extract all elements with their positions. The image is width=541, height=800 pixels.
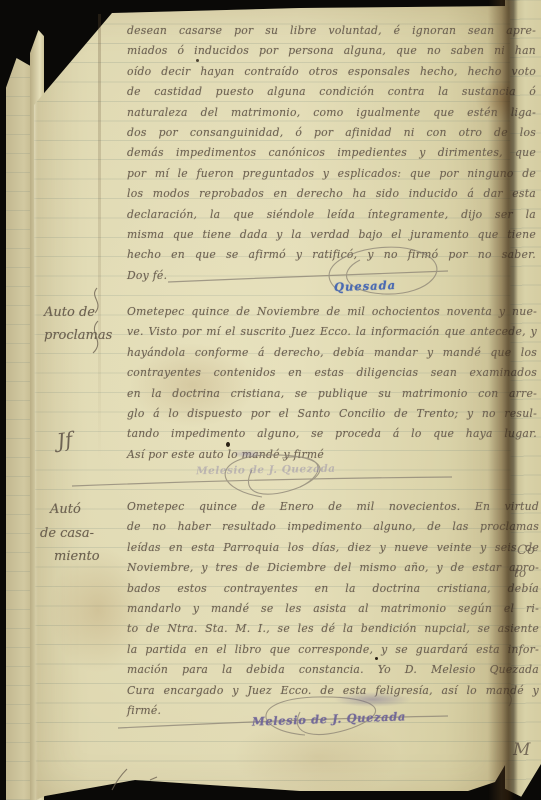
- margin-note-line: proclamas: [44, 324, 112, 347]
- ink-blot: [196, 59, 199, 62]
- manuscript-line: to de Ntra. Sta. M. I., se les dé la ben…: [127, 619, 539, 639]
- paragraph-casamiento: Ometepec quince de Enero de mil novecien…: [127, 497, 539, 721]
- margin-paraph-mark: Jf: [55, 427, 74, 453]
- margin-note-line: miento: [40, 545, 100, 569]
- manuscript-line: mandarlo y mandé se les asista al matrim…: [127, 599, 539, 619]
- manuscript-line: la partida en el libro que corresponde, …: [127, 640, 539, 660]
- manuscript-line: tando impedimento alguno, se proceda á l…: [127, 424, 537, 444]
- manuscript-line: los modos reprobados en derecho ha sido …: [127, 184, 536, 204]
- manuscript-line: oído decir hayan contraído otros esponsa…: [127, 62, 536, 82]
- ink-smudge: [230, 450, 264, 458]
- manuscript-line: hayándola conforme á derecho, debía mand…: [127, 343, 537, 363]
- margin-note-casamiento: Autó de casa- miento: [40, 498, 100, 569]
- manuscript-line: de castidad puesto alguna condición cont…: [127, 82, 536, 102]
- manuscript-line: Ometepec quince de Noviembre de mil ocho…: [127, 302, 537, 322]
- manuscript-line: declaración, la que siéndole leída ínteg…: [127, 205, 536, 225]
- margin-note-line: Auto de: [44, 301, 112, 324]
- manuscript-line: naturaleza del matrimonio, como igualmen…: [127, 103, 536, 123]
- manuscript-line: miados ó inducidos por persona alguna, q…: [127, 41, 536, 61]
- ink-stamp-quesada: Quesada: [334, 278, 397, 294]
- manuscript-line: mación para la debida constancia. Yo D. …: [127, 660, 539, 680]
- manuscript-line: Doy fé.: [127, 266, 536, 286]
- manuscript-line: contrayentes contenidos en estas diligen…: [127, 363, 537, 383]
- manuscript-line: demás impedimentos canónicos impedientes…: [127, 143, 536, 163]
- manuscript-line: desean casarse por su libre voluntad, é …: [127, 21, 536, 41]
- manuscript-line: de no haber resultado impedimento alguno…: [127, 517, 539, 537]
- ink-stamp-quezada-faint: Melesio de J. Quezada: [196, 463, 336, 477]
- manuscript-line: Cura encargado y Juez Ecco. de esta feli…: [127, 681, 539, 701]
- manuscript-line: leídas en esta Parroquia los días, diez …: [127, 538, 539, 558]
- manuscript-line: glo á lo dispuesto por el Santo Concilio…: [127, 404, 537, 424]
- margin-note-line: de casa-: [40, 522, 100, 546]
- manuscript-line: misma que tiene dada y la verdad bajo el…: [127, 225, 536, 245]
- ink-blot: [226, 442, 230, 447]
- margin-note-line: Autó: [40, 498, 100, 522]
- margin-note-proclamas: Auto de proclamas: [44, 301, 112, 347]
- manuscript-line: por mí le fueron preguntados y esplicado…: [127, 164, 536, 184]
- ink-blot: [375, 657, 378, 660]
- book-gutter-shadow: [488, 0, 518, 800]
- manuscript-line: bados estos contrayentes en la doctrina …: [127, 579, 539, 599]
- manuscript-line: Ometepec quince de Enero de mil novecien…: [127, 497, 539, 517]
- manuscript-line: hecho en que se afirmó y ratificó, y no …: [127, 245, 536, 265]
- ink-smudge: [334, 692, 412, 707]
- paragraph-proclamas: Ometepec quince de Noviembre de mil ocho…: [127, 302, 537, 465]
- manuscript-line: ve. Visto por mí el suscrito Juez Ecco. …: [127, 322, 537, 342]
- manuscript-line: Noviembre, y tres de Diciembre del mismo…: [127, 558, 539, 578]
- paragraph-declaration: desean casarse por su libre voluntad, é …: [127, 21, 536, 286]
- manuscript-line: en la doctrina cristiana, se publique su…: [127, 384, 537, 404]
- book-photo: Co to M desean casarse por su libre volu…: [0, 0, 541, 800]
- page-crease: [98, 14, 101, 464]
- manuscript-line: dos por consanguinidad, ó por afinidad n…: [127, 123, 536, 143]
